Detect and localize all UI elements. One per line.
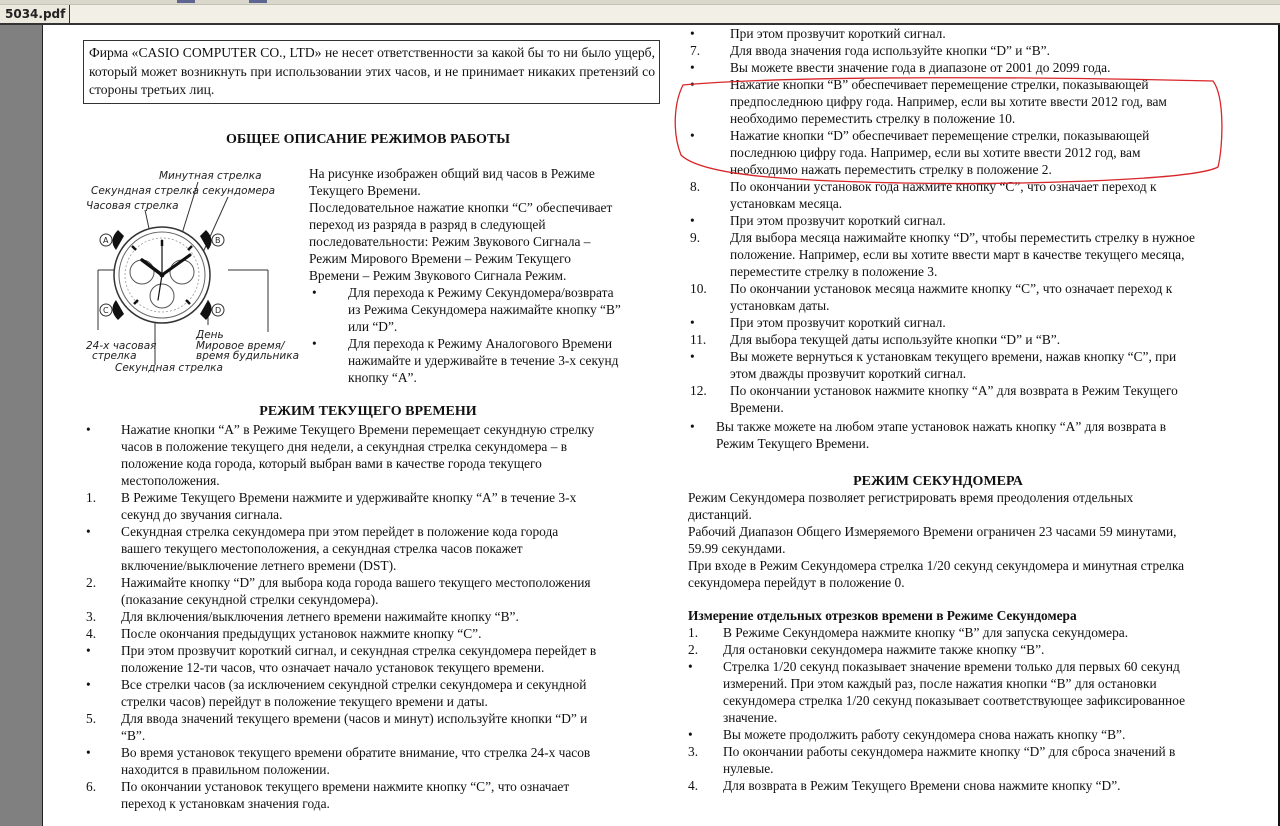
section-title-general: ОБЩЕЕ ОПИСАНИЕ РЕЖИМОВ РАБОТЫ: [83, 131, 653, 148]
list-number: 4.: [688, 777, 698, 794]
list-number: 4.: [86, 625, 96, 642]
toolbar-indicator: [177, 0, 195, 3]
intro-line: последовательности: Режим Звукового Сигн…: [309, 233, 591, 250]
label-second-hand: Секундная стрелка: [115, 363, 223, 374]
intro-line: Режим Мирового Времени – Режим Текущего: [309, 250, 571, 267]
list-item-text: Для ввода значения года используйте кноп…: [730, 42, 1050, 59]
list-item-text: нулевые.: [723, 760, 774, 777]
list-item-text: Секундная стрелка секундомера при этом п…: [121, 523, 558, 540]
label-button-a: A: [103, 235, 108, 246]
list-item-text: По окончании установок нажмите кнопку “A…: [730, 382, 1178, 399]
bullet-icon: •: [312, 284, 317, 301]
list-item-text: При этом прозвучит короткий сигнал.: [730, 314, 946, 331]
list-number: 2.: [688, 641, 698, 658]
disclaimer-box: Фирма «CASIO COMPUTER CO., LTD» не несет…: [83, 40, 660, 104]
list-item-text: Для возврата в Режим Текущего Времени сн…: [723, 777, 1121, 794]
intro-line: На рисунке изображен общий вид часов в Р…: [309, 165, 595, 182]
bullet-icon: •: [86, 523, 91, 540]
list-item-text: Вы можете вернуться к установкам текущег…: [730, 348, 1176, 365]
list-item-text: Нажатие кнопки “A” в Режиме Текущего Вре…: [121, 421, 594, 438]
intro-line: Времени – Режим Звукового Сигнала Режим.: [309, 267, 566, 284]
bullet-icon: •: [690, 348, 695, 365]
list-item-text: или “D”.: [348, 318, 397, 335]
list-item-text: Для включения/выключения летнего времени…: [121, 608, 519, 625]
list-item-text: (показание секундной стрелки секундомера…: [121, 591, 378, 608]
section-title-stopwatch: РЕЖИМ СЕКУНДОМЕРА: [688, 473, 1188, 490]
list-item-text: кнопку “A”.: [348, 369, 417, 386]
list-number: 7.: [690, 42, 700, 59]
list-number: 5.: [86, 710, 96, 727]
bullet-icon: •: [690, 212, 695, 229]
list-item-text: нажимайте и удерживайте в течение 3-х се…: [348, 352, 618, 369]
list-item-text: По окончании установок текущего времени …: [121, 778, 569, 795]
label-stopwatch-second-hand: Секундная стрелка секундомера: [91, 186, 275, 197]
label-world-time-2: время будильника: [196, 351, 299, 362]
list-item-text: этом дважды прозвучит короткий сигнал.: [730, 365, 966, 382]
list-item-text: положение кода города, который выбран ва…: [121, 455, 542, 472]
list-item-text: Вы можете продолжить работу секундомера …: [723, 726, 1125, 743]
list-item-text: включение/выключение летнего времени (DS…: [121, 557, 396, 574]
list-item-text: Для перехода к Режиму Аналогового Времен…: [348, 335, 612, 352]
label-hour-hand: Часовая стрелка: [86, 201, 179, 212]
bullet-icon: •: [312, 335, 317, 352]
list-item-text: установкам месяца.: [730, 195, 842, 212]
list-item-text: “B”.: [121, 727, 145, 744]
list-item-text: По окончании установок месяца нажмите кн…: [730, 280, 1172, 297]
tab-document[interactable]: 5034.pdf: [0, 5, 70, 23]
list-item-text: измерений. При этом каждый раз, после на…: [723, 675, 1157, 692]
list-item-text: стрелки часов) перейдут в положение теку…: [121, 693, 488, 710]
list-item-text: находится в правильном положении.: [121, 761, 330, 778]
bullet-icon: •: [690, 418, 695, 435]
toolbar-indicator: [249, 0, 267, 3]
bullet-icon: •: [86, 676, 91, 693]
list-number: 6.: [86, 778, 96, 795]
list-item-text: положение 12-ти часов, что означает нача…: [121, 659, 544, 676]
list-item-text: Для выбора месяца нажимайте кнопку “D”, …: [730, 229, 1195, 246]
list-item-text: При этом прозвучит короткий сигнал.: [730, 212, 946, 229]
list-number: 10.: [690, 280, 707, 297]
list-item-text: из Режима Секундомера нажимайте кнопку “…: [348, 301, 621, 318]
list-item-text: В Режиме Секундомера нажмите кнопку “B” …: [723, 624, 1128, 641]
list-item-text: вашего текущего местоположения, а секунд…: [121, 540, 523, 557]
list-item-text: Во время установок текущего времени обра…: [121, 744, 590, 761]
list-item-text: Режим Текущего Времени.: [716, 435, 869, 452]
label-button-c: C: [103, 305, 109, 316]
bullet-icon: •: [688, 658, 693, 675]
list-item-text: В Режиме Текущего Времени нажмите и удер…: [121, 489, 576, 506]
pdf-page: Фирма «CASIO COMPUTER CO., LTD» не несет…: [43, 25, 1278, 826]
intro-line: Текущего Времени.: [309, 182, 421, 199]
bullet-icon: •: [688, 726, 693, 743]
list-item-text: часов в положение текущего дня недели, а…: [121, 438, 567, 455]
list-item-text: секунд до звучания сигнала.: [121, 506, 282, 523]
list-number: 3.: [86, 608, 96, 625]
list-item-text: При этом прозвучит короткий сигнал.: [730, 25, 946, 42]
intro-line: Последовательное нажатие кнопки “C” обес…: [309, 199, 612, 216]
stopwatch-paragraph-line: дистанций.: [688, 506, 752, 523]
red-annotation-loop-icon: [673, 77, 1223, 185]
intro-line: переход из разряда в разряд в следующей: [309, 216, 546, 233]
list-item-text: Для остановки секундомера нажмите также …: [723, 641, 1044, 658]
label-24h-hand-2: стрелка: [92, 351, 137, 362]
bullet-icon: •: [86, 421, 91, 438]
list-item-text: Для выбора текущей даты используйте кноп…: [730, 331, 1060, 348]
bullet-icon: •: [86, 744, 91, 761]
list-item-text: Стрелка 1/20 секунд показывает значение …: [723, 658, 1180, 675]
list-number: 11.: [690, 331, 706, 348]
stopwatch-subtitle: Измерение отдельных отрезков времени в Р…: [688, 607, 1077, 624]
bullet-icon: •: [86, 642, 91, 659]
bullet-icon: •: [690, 314, 695, 331]
list-item-text: Все стрелки часов (за исключением секунд…: [121, 676, 586, 693]
label-minute-hand: Минутная стрелка: [159, 171, 262, 182]
bullet-icon: •: [690, 59, 695, 76]
stopwatch-paragraph-line: При входе в Режим Секундомера стрелка 1/…: [688, 557, 1184, 574]
list-item-text: После окончания предыдущих установок наж…: [121, 625, 481, 642]
label-button-d: D: [215, 305, 221, 316]
list-number: 1.: [688, 624, 698, 641]
list-item-text: По окончании работы секундомера нажмите …: [723, 743, 1175, 760]
stopwatch-paragraph-line: 59.99 секундами.: [688, 540, 785, 557]
list-item-text: положение. Например, если вы хотите ввес…: [730, 246, 1184, 263]
list-item-text: переход к установкам значения года.: [121, 795, 330, 812]
list-item-text: местоположения.: [121, 472, 220, 489]
list-item-text: Времени.: [730, 399, 784, 416]
list-number: 3.: [688, 743, 698, 760]
list-item-text: Для перехода к Режиму Секундомера/возвра…: [348, 284, 614, 301]
stopwatch-paragraph-line: секундомера перейдут в положение 0.: [688, 574, 905, 591]
list-item-text: Вы можете ввести значение года в диапазо…: [730, 59, 1110, 76]
list-item-text: Вы также можете на любом этапе установок…: [716, 418, 1166, 435]
list-item-text: секундомера стрелка 1/20 секунд показыва…: [723, 692, 1185, 709]
stopwatch-paragraph-line: Режим Секундомера позволяет регистрирова…: [688, 489, 1133, 506]
list-item-text: При этом прозвучит короткий сигнал, и се…: [121, 642, 596, 659]
list-number: 1.: [86, 489, 96, 506]
list-number: 9.: [690, 229, 700, 246]
list-item-text: Нажимайте кнопку “D” для выбора кода гор…: [121, 574, 591, 591]
list-item-text: Для ввода значений текущего времени (час…: [121, 710, 587, 727]
bullet-icon: •: [690, 25, 695, 42]
document-tab-bar: 5034.pdf: [0, 5, 1280, 25]
list-number: 2.: [86, 574, 96, 591]
stopwatch-paragraph-line: Рабочий Диапазон Общего Измеряемого Врем…: [688, 523, 1177, 540]
list-number: 12.: [690, 382, 707, 399]
list-item-text: переместите стрелку в положение 3.: [730, 263, 937, 280]
watch-diagram: Минутная стрелка Секундная стрелка секун…: [78, 160, 298, 375]
list-item-text: значение.: [723, 709, 777, 726]
section-title-current-time: РЕЖИМ ТЕКУЩЕГО ВРЕМЕНИ: [83, 403, 653, 420]
label-button-b: B: [215, 235, 221, 246]
list-item-text: установкам даты.: [730, 297, 829, 314]
left-panel-gutter: [0, 25, 43, 826]
